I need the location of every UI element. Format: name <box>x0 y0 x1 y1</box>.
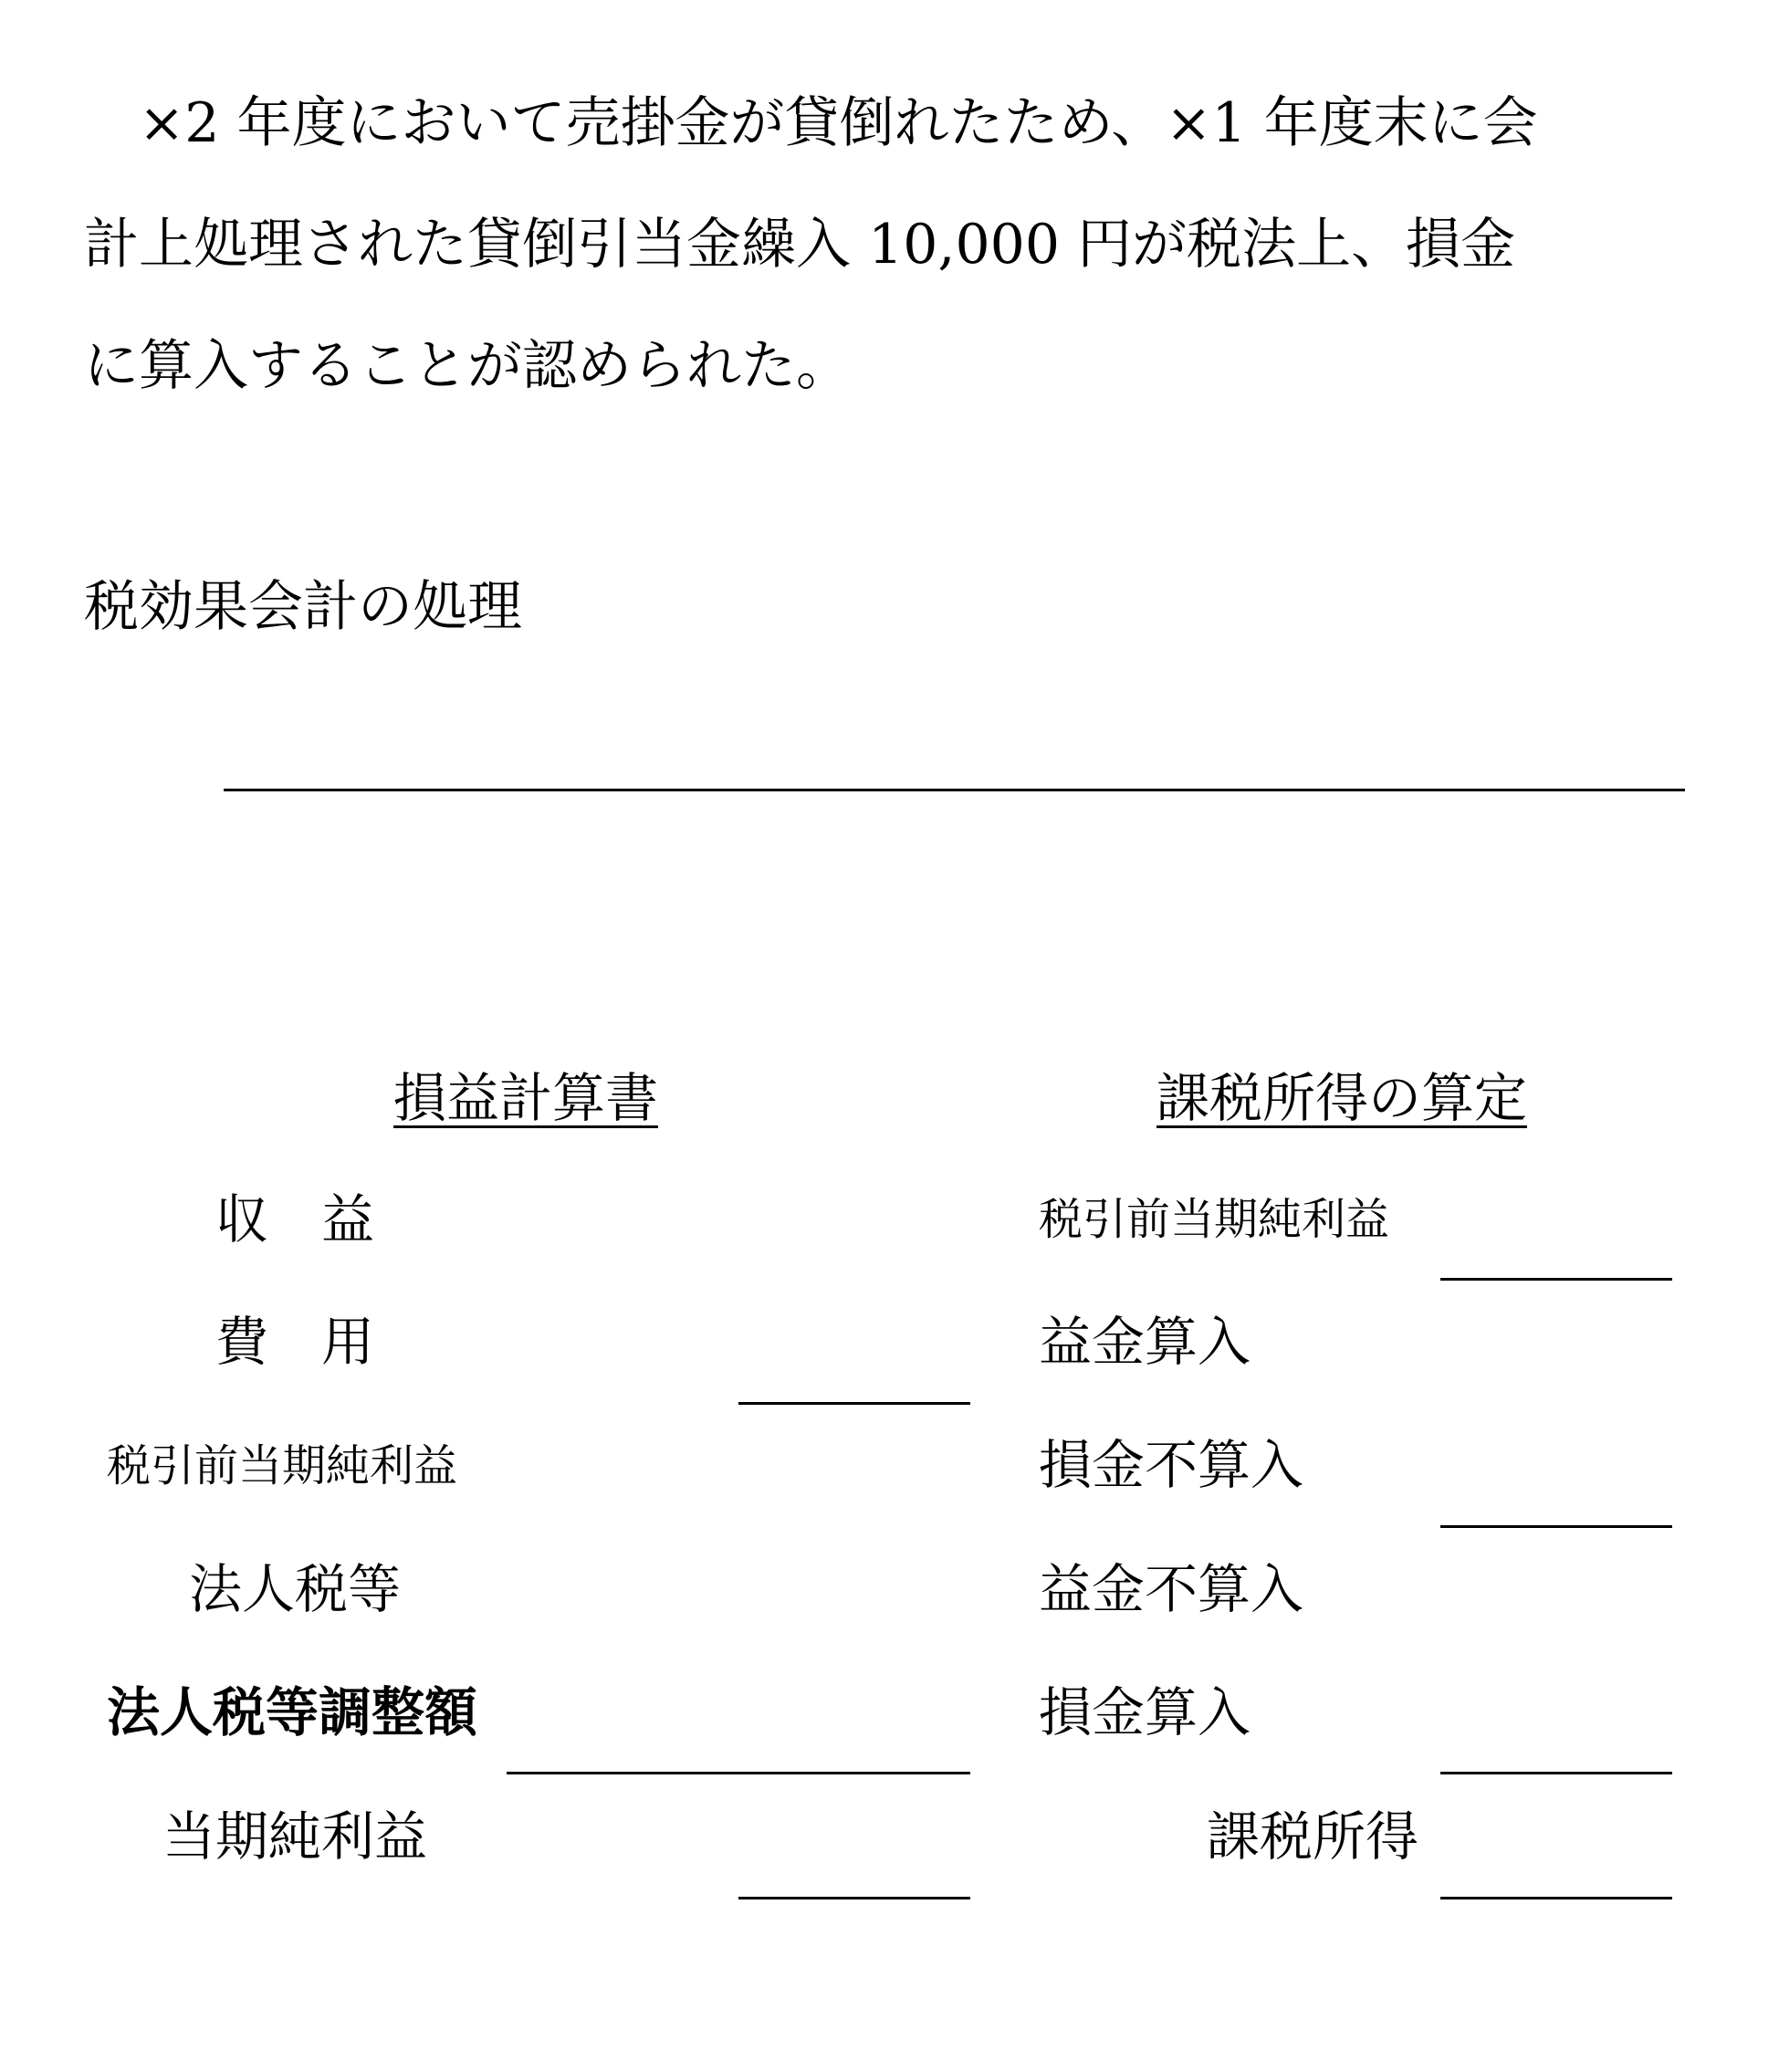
taxable-income-title: 課税所得の算定 <box>1156 1072 1527 1125</box>
row-label-pretax-income: 税引前当期純利益 <box>107 1444 457 1488</box>
pretax-income-right-line <box>1440 1278 1672 1281</box>
revenue-amount-field[interactable] <box>738 1187 970 1251</box>
problem-line-1: ×2 年度において売掛金が貸倒れたため、×1 年度末に会 <box>84 96 1538 151</box>
row-label-corporate-tax: 法人税等 <box>189 1563 401 1616</box>
row-label-gross-income-inclusion: 益金算入 <box>1039 1315 1251 1368</box>
pretax-income-amount-field[interactable] <box>738 1433 970 1497</box>
nondeductible-expense-field[interactable] <box>1440 1460 1672 1524</box>
taxable-income-field[interactable] <box>1440 1830 1672 1894</box>
deductible-expense-field[interactable] <box>1440 1707 1672 1771</box>
row-label-expenses: 費 用 <box>215 1315 374 1368</box>
pretax-income-right-field[interactable] <box>1440 1214 1672 1278</box>
gross-income-inclusion-field[interactable] <box>1440 1310 1672 1374</box>
row-label-tax-adjustment: 法人税等調整額 <box>107 1686 477 1739</box>
row-label-pretax-income-right: 税引前当期純利益 <box>1039 1198 1389 1241</box>
taxable-income-line <box>1440 1897 1672 1899</box>
problem-line-3: に算入することが認められた。 <box>84 339 851 393</box>
net-income-amount-field[interactable] <box>738 1803 970 1867</box>
row-label-taxable-income: 課税所得 <box>1207 1810 1418 1863</box>
net-income-line <box>738 1897 970 1899</box>
journal-entry-answer-field[interactable] <box>224 712 1685 789</box>
section-heading: 税効果会計の処理 <box>84 580 522 634</box>
journal-entry-answer-line <box>224 789 1685 791</box>
row-label-deductible-expense: 損金算入 <box>1039 1686 1251 1739</box>
income-statement-title: 損益計算書 <box>393 1072 658 1125</box>
row-label-revenue: 収 益 <box>215 1193 374 1246</box>
subtotal-line <box>738 1402 970 1405</box>
expenses-amount-field[interactable] <box>738 1310 970 1374</box>
tax-adjustment-amount-field[interactable] <box>507 1680 738 1743</box>
row-label-net-income: 当期純利益 <box>162 1810 427 1863</box>
corporate-tax-amount-field[interactable] <box>507 1556 738 1620</box>
row-label-nondeductible-expense: 損金不算入 <box>1039 1439 1303 1491</box>
tax-total-line <box>507 1772 970 1774</box>
additions-subtotal-line <box>1440 1525 1672 1528</box>
deductions-subtotal-line <box>1440 1772 1672 1774</box>
row-label-gross-income-exclusion: 益金不算入 <box>1039 1563 1303 1616</box>
gross-income-exclusion-field[interactable] <box>1440 1556 1672 1620</box>
problem-line-2: 計上処理された貸倒引当金繰入 10,000 円が税法上、損金 <box>84 217 1515 272</box>
